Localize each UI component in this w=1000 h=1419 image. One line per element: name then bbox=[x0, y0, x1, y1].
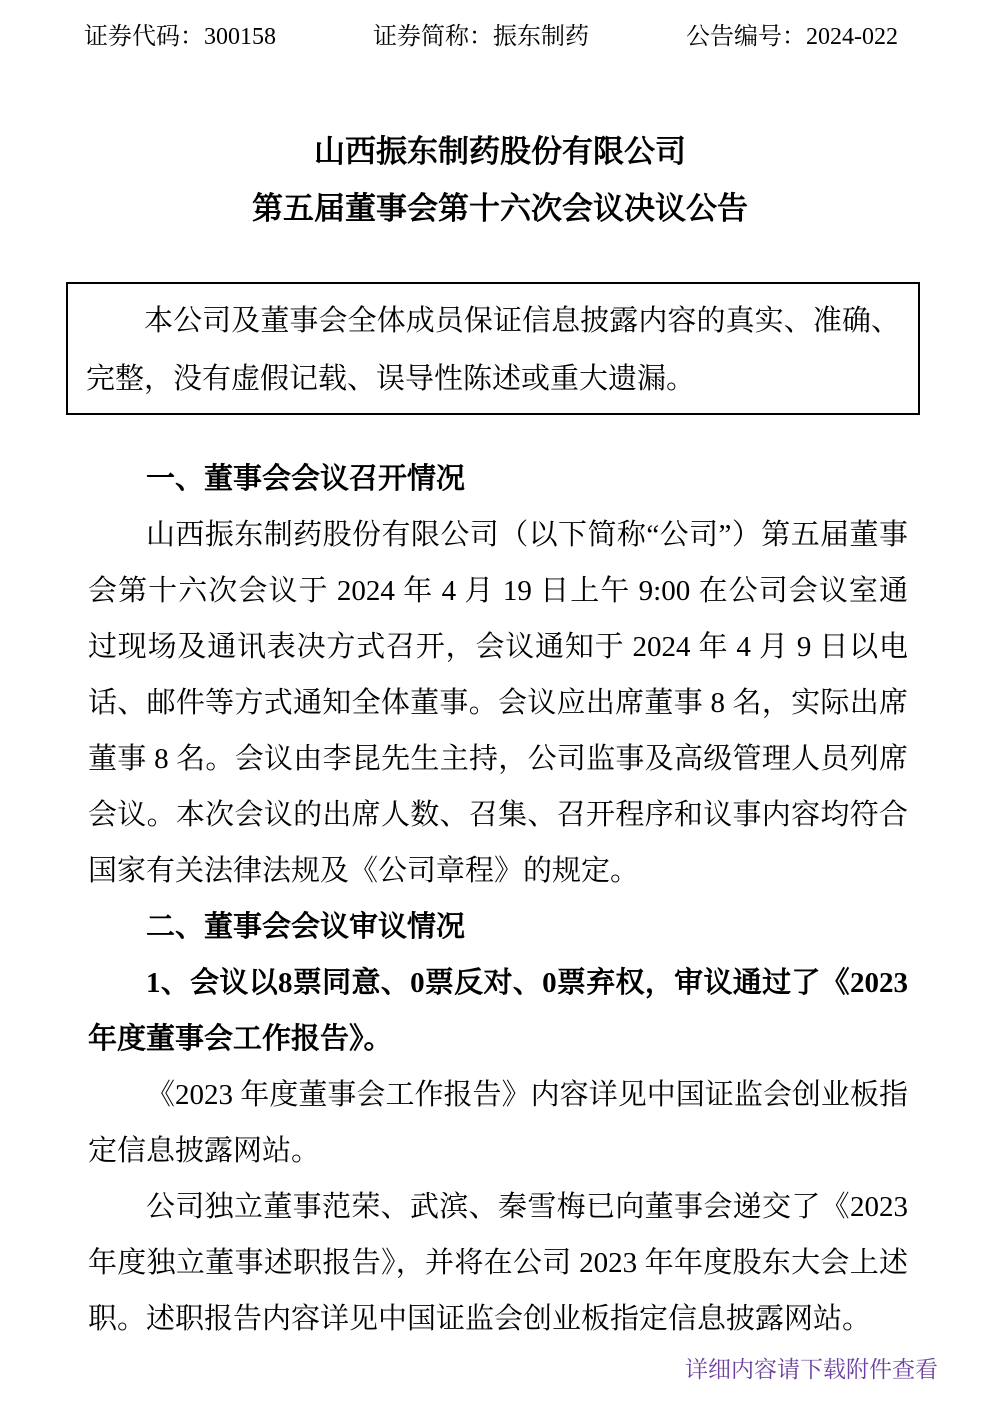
independent-director-note: 公司独立董事范荣、武滨、秦雪梅已向董事会递交了《2023 年度独立董事述职报告》… bbox=[88, 1179, 908, 1347]
stock-code: 证券代码：300158 bbox=[84, 20, 276, 54]
company-title: 山西振东制药股份有限公司 bbox=[0, 132, 1000, 172]
section-1-paragraph: 山西振东制药股份有限公司（以下简称“公司”）第五届董事会第十六次会议于 2024… bbox=[88, 507, 908, 899]
disclaimer-text: 本公司及董事会全体成员保证信息披露内容的真实、准确、完整，没有虚假记载、误导性陈… bbox=[86, 292, 900, 408]
announcement-title: 第五届董事会第十六次会议决议公告 bbox=[0, 189, 1000, 229]
section-2-heading: 二、董事会会议审议情况 bbox=[88, 899, 908, 955]
announcement-document: 证券代码：300158 证券简称：振东制药 公告编号：2024-022 山西振东… bbox=[0, 0, 1000, 1386]
announcement-number: 公告编号：2024-022 bbox=[686, 20, 898, 54]
document-body: 一、董事会会议召开情况 山西振东制药股份有限公司（以下简称“公司”）第五届董事会… bbox=[0, 451, 1000, 1347]
section-1-heading: 一、董事会会议召开情况 bbox=[88, 451, 908, 507]
stock-short-name: 证券简称：振东制药 bbox=[373, 20, 589, 54]
report-disclosure-note: 《2023 年度董事会工作报告》内容详见中国证监会创业板指定信息披露网站。 bbox=[88, 1067, 908, 1179]
document-header: 证券代码：300158 证券简称：振东制药 公告编号：2024-022 bbox=[0, 0, 1000, 54]
disclaimer-box: 本公司及董事会全体成员保证信息披露内容的真实、准确、完整，没有虚假记载、误导性陈… bbox=[66, 282, 920, 415]
resolution-item-1: 1、会议以8票同意、0票反对、0票弃权，审议通过了《2023年度董事会工作报告》… bbox=[88, 955, 908, 1067]
attachment-download-note[interactable]: 详细内容请下载附件查看 bbox=[0, 1353, 1000, 1386]
